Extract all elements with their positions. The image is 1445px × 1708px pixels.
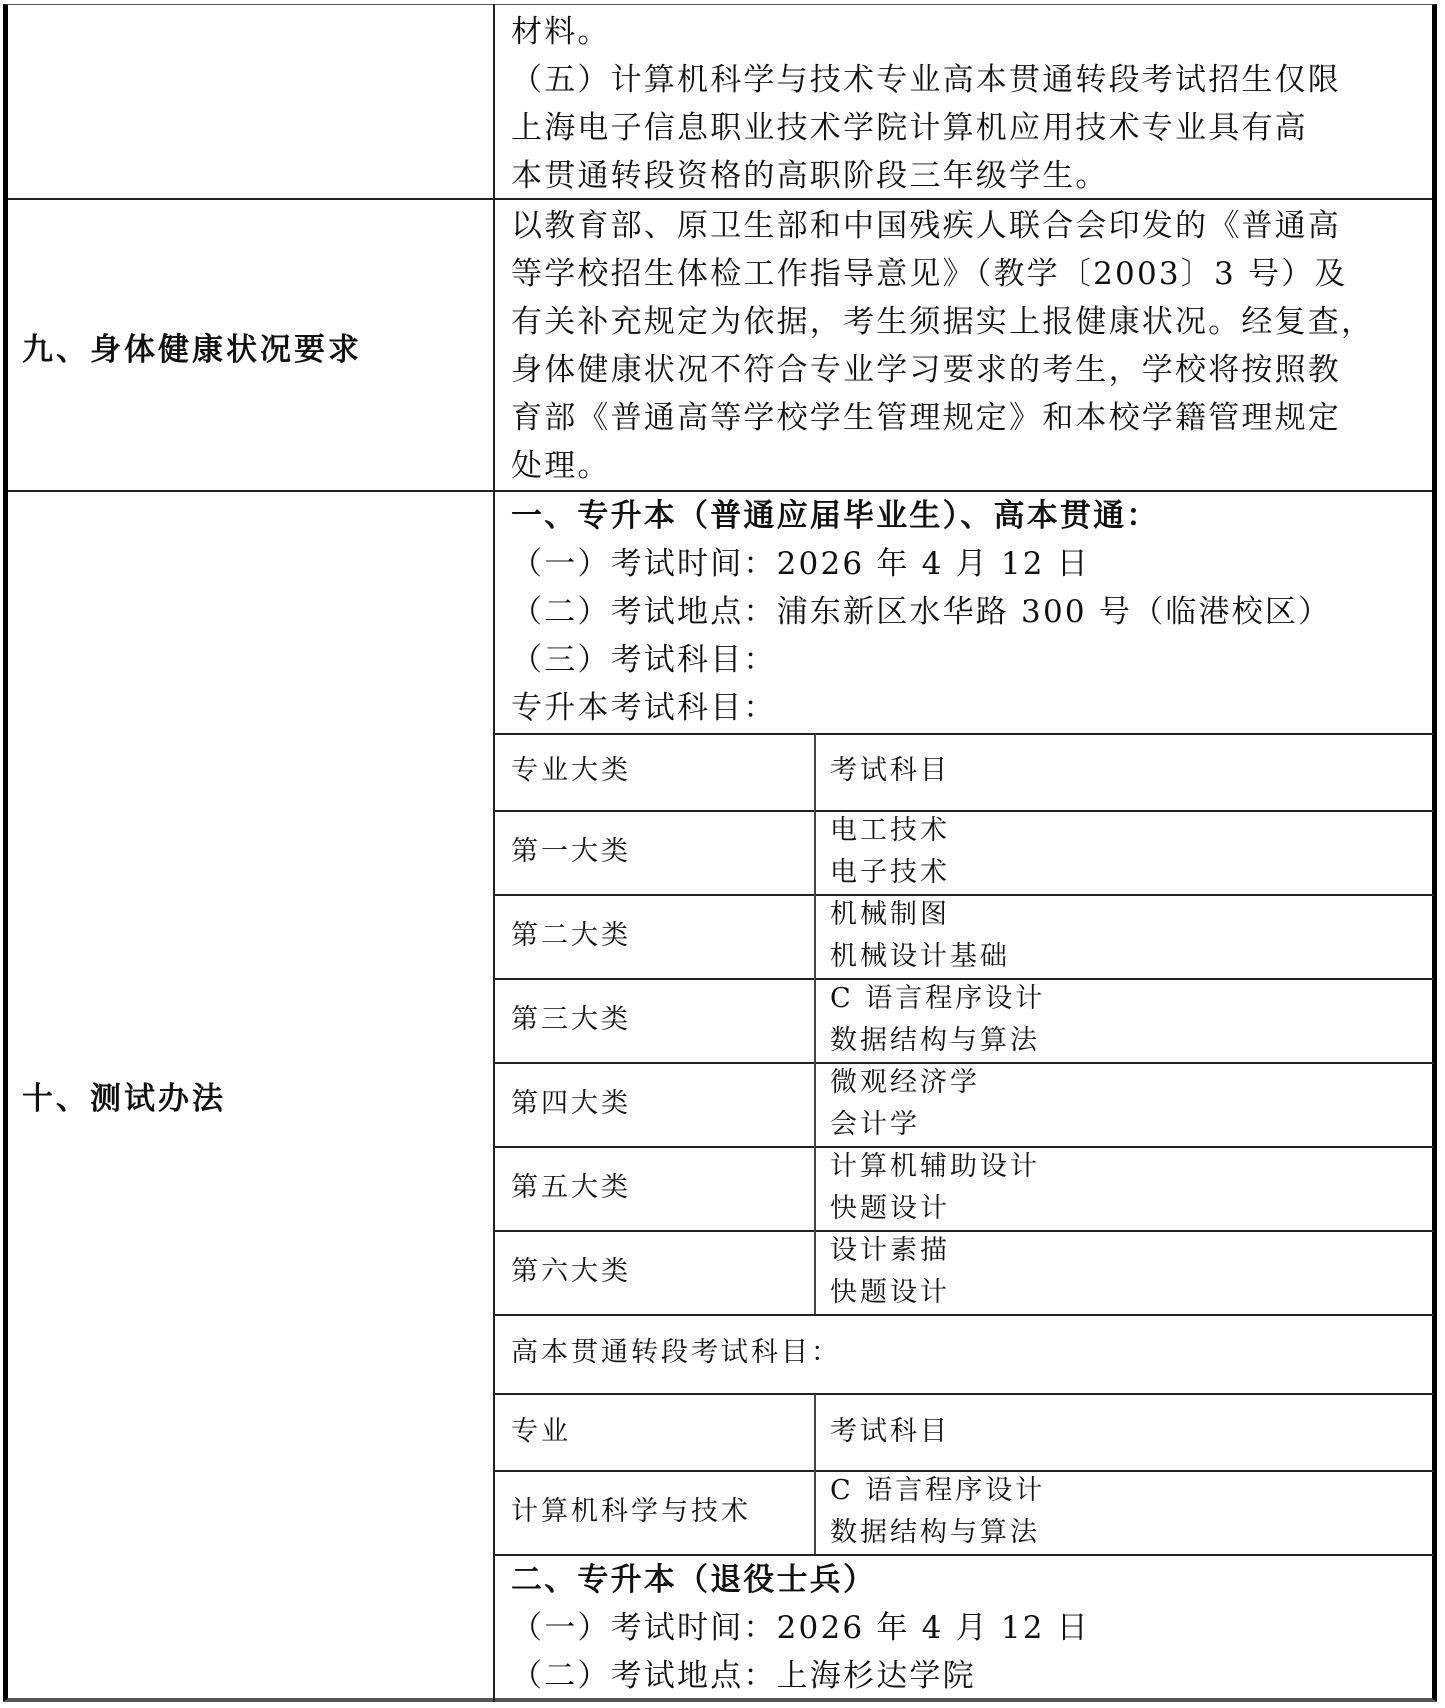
gbgt-row-subject: C 语言程序设计 [830, 1470, 1045, 1512]
section-ten-label: 十、测试办法 [22, 1073, 226, 1118]
zsb-row-category: 第六大类 [511, 1251, 631, 1293]
zsb-row-subject: 机械制图 [830, 894, 950, 936]
gbgt-row-major: 计算机科学与技术 [511, 1491, 751, 1533]
inner-col-line [814, 1394, 816, 1554]
zsb-row-subject: 计算机辅助设计 [830, 1146, 1040, 1188]
zsb-row-subject: 会计学 [830, 1104, 920, 1146]
column-divider [493, 4, 495, 1702]
zsb-row-subject: 快题设计 [830, 1272, 950, 1314]
inner-row-line [494, 810, 1434, 812]
section-nine-text: 以教育部、原卫生部和中国残疾人联合会印发的《普通高 等学校招生体检工作指导意见》… [511, 202, 1426, 490]
part1-heading: 一、专升本（普通应届毕业生）、高本贯通： [511, 492, 1426, 540]
gbgt-header-major: 专业 [511, 1411, 571, 1453]
inner-row-line [494, 894, 1434, 896]
zsb-row-subject: 设计素描 [830, 1230, 950, 1272]
part2-heading: 二、专升本（退役士兵） [511, 1556, 1426, 1604]
document-page: 材料。 （五）计算机科学与技术专业高本贯通转段考试招生仅限 上海电子信息职业技术… [0, 0, 1445, 1708]
exam-place: （二）考试地点：浦东新区水华路 300 号（临港校区） [511, 588, 1426, 636]
section-nine-label: 九、身体健康状况要求 [22, 324, 362, 369]
zsb-row-subject: 数据结构与算法 [830, 1020, 1040, 1062]
zsb-row-subject: 快题设计 [830, 1188, 950, 1230]
section-ten-part2: 二、专升本（退役士兵） （一）考试时间：2026 年 4 月 12 日 （二）考… [511, 1556, 1426, 1700]
gbgt-title: 高本贯通转段考试科目： [511, 1332, 841, 1374]
zsb-row-category: 第三大类 [511, 999, 631, 1041]
section-ten-part1: 一、专升本（普通应届毕业生）、高本贯通： （一）考试时间：2026 年 4 月 … [511, 492, 1426, 732]
exam-subjects: （三）考试科目： [511, 636, 1426, 684]
text-line: 本贯通转段资格的高职阶段三年级学生。 [511, 152, 1426, 200]
text-line: 有关补充规定为依据，考生须据实上报健康状况。经复查， [511, 298, 1426, 346]
text-line: 等学校招生体检工作指导意见》（教学〔2003〕3 号）及 [511, 250, 1426, 298]
zsb-row-subject: 机械设计基础 [830, 936, 1010, 978]
zsb-title: 专升本考试科目： [511, 684, 1426, 732]
zsb-row-category: 第四大类 [511, 1083, 631, 1125]
text-line: 以教育部、原卫生部和中国残疾人联合会印发的《普通高 [511, 202, 1426, 250]
exam-place: （二）考试地点：上海杉达学院 [511, 1652, 1426, 1700]
zsb-row-subject: 电子技术 [830, 852, 950, 894]
inner-row-line [494, 733, 1434, 735]
text-line: 上海电子信息职业技术学院计算机应用技术专业具有高 [511, 104, 1426, 152]
exam-time: （一）考试时间：2026 年 4 月 12 日 [511, 540, 1426, 588]
zsb-row-subject: C 语言程序设计 [830, 978, 1045, 1020]
zsb-row-category: 第二大类 [511, 915, 631, 957]
text-line: （五）计算机科学与技术专业高本贯通转段考试招生仅限 [511, 56, 1426, 104]
section-top-text: 材料。 （五）计算机科学与技术专业高本贯通转段考试招生仅限 上海电子信息职业技术… [511, 8, 1426, 200]
zsb-row-subject: 电工技术 [830, 810, 950, 852]
text-line: 身体健康状况不符合专业学习要求的考生，学校将按照教 [511, 346, 1426, 394]
inner-row-line [494, 1314, 1434, 1316]
zsb-header-subjects: 考试科目 [830, 750, 950, 792]
inner-row-line [494, 1393, 1434, 1395]
text-line: 育部《普通高等学校学生管理规定》和本校学籍管理规定 [511, 394, 1426, 442]
zsb-row-category: 第一大类 [511, 831, 631, 873]
inner-col-line [814, 734, 816, 1314]
zsb-row-category: 第五大类 [511, 1167, 631, 1209]
inner-row-line [494, 1230, 1434, 1232]
zsb-header-category: 专业大类 [511, 750, 631, 792]
text-line: 处理。 [511, 442, 1426, 490]
gbgt-row-subject: 数据结构与算法 [830, 1512, 1040, 1554]
text-line: 材料。 [511, 8, 1426, 56]
gbgt-header-subjects: 考试科目 [830, 1411, 950, 1453]
exam-time: （一）考试时间：2026 年 4 月 12 日 [511, 1604, 1426, 1652]
zsb-row-subject: 微观经济学 [830, 1062, 980, 1104]
